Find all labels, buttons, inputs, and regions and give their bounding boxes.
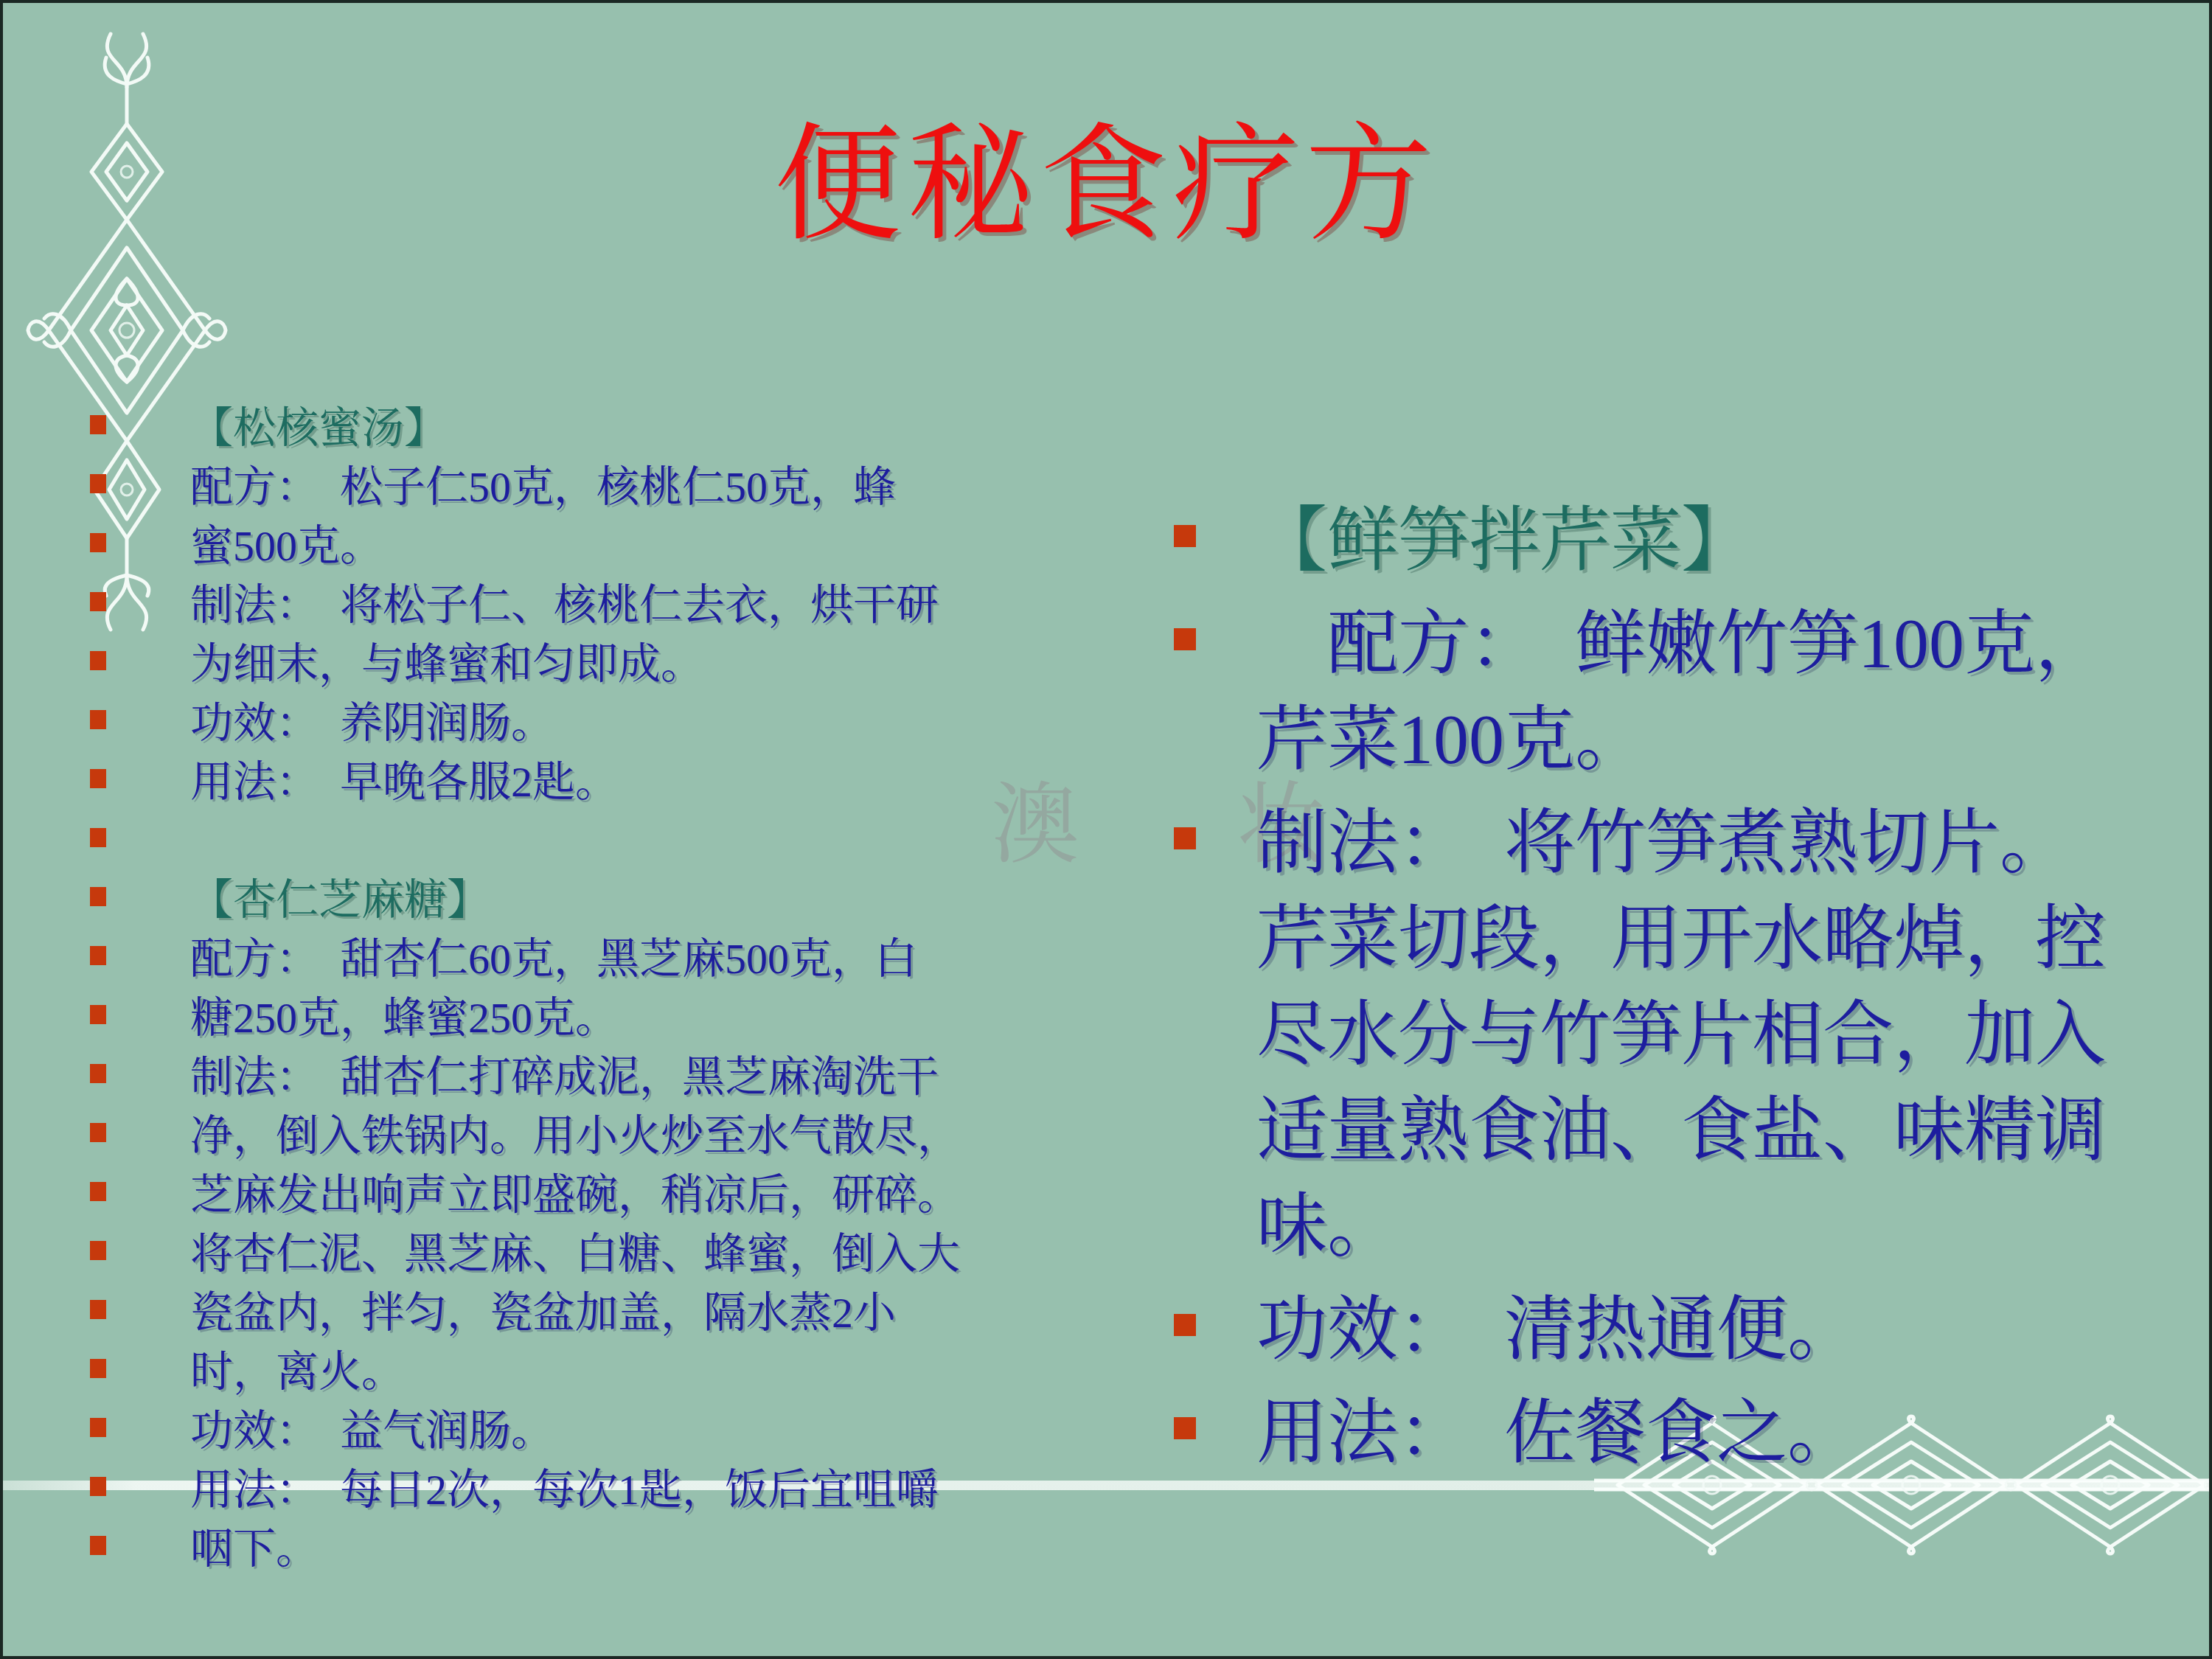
list-item: 用法： 每日2次，每次1匙，饭后宜咀嚼: [90, 1461, 1166, 1520]
list-item: 瓷盆内，拌匀，瓷盆加盖，隔水蒸2小: [90, 1284, 1166, 1343]
recipe-line: 制法： 甜杏仁打碎成泥，黑芝麻淘洗干: [190, 1048, 939, 1107]
presentation-slide: 澳 妆 便秘食疗方 【松核蜜汤】配方： 松子仁50克，核桃仁50克，蜂蜜500克…: [0, 0, 2212, 1659]
list-item: 【鲜笋拌芹菜】: [1165, 493, 2212, 588]
list-item: 功效： 养阴润肠。: [90, 694, 1166, 753]
recipe-line: 蜜500克。: [190, 517, 383, 576]
recipe-section-title: 【松核蜜汤】: [190, 399, 447, 458]
list-item: 【杏仁芝麻糖】: [90, 871, 1166, 930]
list-item: 制法： 甜杏仁打碎成泥，黑芝麻淘洗干: [90, 1048, 1166, 1107]
recipe-line: 将杏仁泥、黑芝麻、白糖、蜂蜜，倒入大: [190, 1225, 960, 1284]
recipe-line: 瓷盆内，拌匀，瓷盆加盖，隔水蒸2小: [190, 1284, 896, 1343]
recipe-line: 用法： 每日2次，每次1匙，饭后宜咀嚼: [190, 1461, 939, 1520]
bullet-square-icon: [1174, 827, 1196, 849]
recipe-line: 净，倒入铁锅内。用小火炒至水气散尽，: [190, 1107, 960, 1166]
list-item: 净，倒入铁锅内。用小火炒至水气散尽，: [90, 1107, 1166, 1166]
bullet-square-icon: [90, 769, 106, 788]
recipe-line: 用法： 早晚各服2匙。: [190, 753, 618, 812]
slide-title: 便秘食疗方: [3, 114, 2209, 260]
list-item: 芝麻发出响声立即盛碗，稍凉后，研碎。: [90, 1166, 1166, 1225]
bullet-square-icon: [90, 1064, 106, 1083]
recipe-line: 制法： 将竹笋煮熟切片。 芹菜切段，用开水略焯，控 尽水分与竹笋片相合，加入 适…: [1256, 795, 2212, 1274]
right-column-list: 【鲜笋拌芹菜】 配方： 鲜嫩竹笋100克， 芹菜100克。制法： 将竹笋煮熟切片…: [1165, 493, 2212, 1488]
bullet-square-icon: [1174, 525, 1196, 547]
list-item: 时，离火。: [90, 1343, 1166, 1402]
bullet-square-icon: [90, 474, 106, 493]
bullet-square-icon: [90, 1005, 106, 1024]
recipe-line: 功效： 养阴润肠。: [190, 694, 554, 753]
bullet-square-icon: [90, 710, 106, 729]
list-item: 配方： 松子仁50克，核桃仁50克，蜂: [90, 458, 1166, 517]
bullet-square-icon: [90, 1477, 106, 1496]
bullet-square-icon: [90, 887, 106, 906]
bullet-square-icon: [90, 1359, 106, 1378]
bullet-square-icon: [90, 1241, 106, 1260]
bullet-square-icon: [90, 828, 106, 847]
recipe-line: 糖250克，蜂蜜250克。: [190, 989, 618, 1048]
recipe-line: 配方： 鲜嫩竹笋100克， 芹菜100克。: [1256, 596, 2212, 787]
list-item: [90, 812, 1166, 871]
bullet-square-icon: [90, 592, 106, 611]
bullet-square-icon: [90, 1300, 106, 1319]
recipe-line: 时，离火。: [190, 1343, 404, 1402]
list-item: 制法： 将松子仁、核桃仁去衣，烘干研: [90, 576, 1166, 635]
recipe-line: 为细末，与蜂蜜和匀即成。: [190, 635, 703, 694]
list-item: 咽下。: [90, 1520, 1166, 1579]
bullet-square-icon: [1174, 628, 1196, 650]
list-item: 用法： 佐餐食之。: [1165, 1385, 2212, 1481]
recipe-line: 芝麻发出响声立即盛碗，稍凉后，研碎。: [190, 1166, 960, 1225]
bullet-square-icon: [90, 1418, 106, 1437]
recipe-line: 用法： 佐餐食之。: [1256, 1385, 2212, 1481]
bullet-square-icon: [90, 1536, 106, 1555]
list-item: 用法： 早晚各服2匙。: [90, 753, 1166, 812]
list-item: 制法： 将竹笋煮熟切片。 芹菜切段，用开水略焯，控 尽水分与竹笋片相合，加入 适…: [1165, 795, 2212, 1274]
bullet-square-icon: [90, 1182, 106, 1201]
bullet-square-icon: [1174, 1417, 1196, 1439]
list-item: 蜜500克。: [90, 517, 1166, 576]
bullet-square-icon: [90, 415, 106, 434]
list-item: 糖250克，蜂蜜250克。: [90, 989, 1166, 1048]
list-item: 【松核蜜汤】: [90, 399, 1166, 458]
list-item: 配方： 甜杏仁60克，黑芝麻500克，白: [90, 930, 1166, 989]
bullet-square-icon: [90, 533, 106, 552]
recipe-line: 功效： 益气润肠。: [190, 1402, 554, 1461]
bullet-square-icon: [90, 946, 106, 965]
bullet-square-icon: [1174, 1314, 1196, 1336]
list-item: 将杏仁泥、黑芝麻、白糖、蜂蜜，倒入大: [90, 1225, 1166, 1284]
list-item: 功效： 清热通便。: [1165, 1281, 2212, 1377]
bullet-square-icon: [90, 651, 106, 670]
bullet-square-icon: [90, 1123, 106, 1142]
list-item: 配方： 鲜嫩竹笋100克， 芹菜100克。: [1165, 596, 2212, 787]
recipe-line: 咽下。: [190, 1520, 319, 1579]
recipe-line: 配方： 松子仁50克，核桃仁50克，蜂: [190, 458, 896, 517]
left-column-list: 【松核蜜汤】配方： 松子仁50克，核桃仁50克，蜂蜜500克。制法： 将松子仁、…: [90, 399, 1166, 1579]
list-item: 功效： 益气润肠。: [90, 1402, 1166, 1461]
recipe-section-title: 【鲜笋拌芹菜】: [1256, 493, 2212, 588]
recipe-section-title: 【杏仁芝麻糖】: [190, 871, 490, 930]
recipe-line: 功效： 清热通便。: [1256, 1281, 2212, 1377]
list-item: 为细末，与蜂蜜和匀即成。: [90, 635, 1166, 694]
recipe-line: 制法： 将松子仁、核桃仁去衣，烘干研: [190, 576, 939, 635]
recipe-line: 配方： 甜杏仁60克，黑芝麻500克，白: [190, 930, 917, 989]
